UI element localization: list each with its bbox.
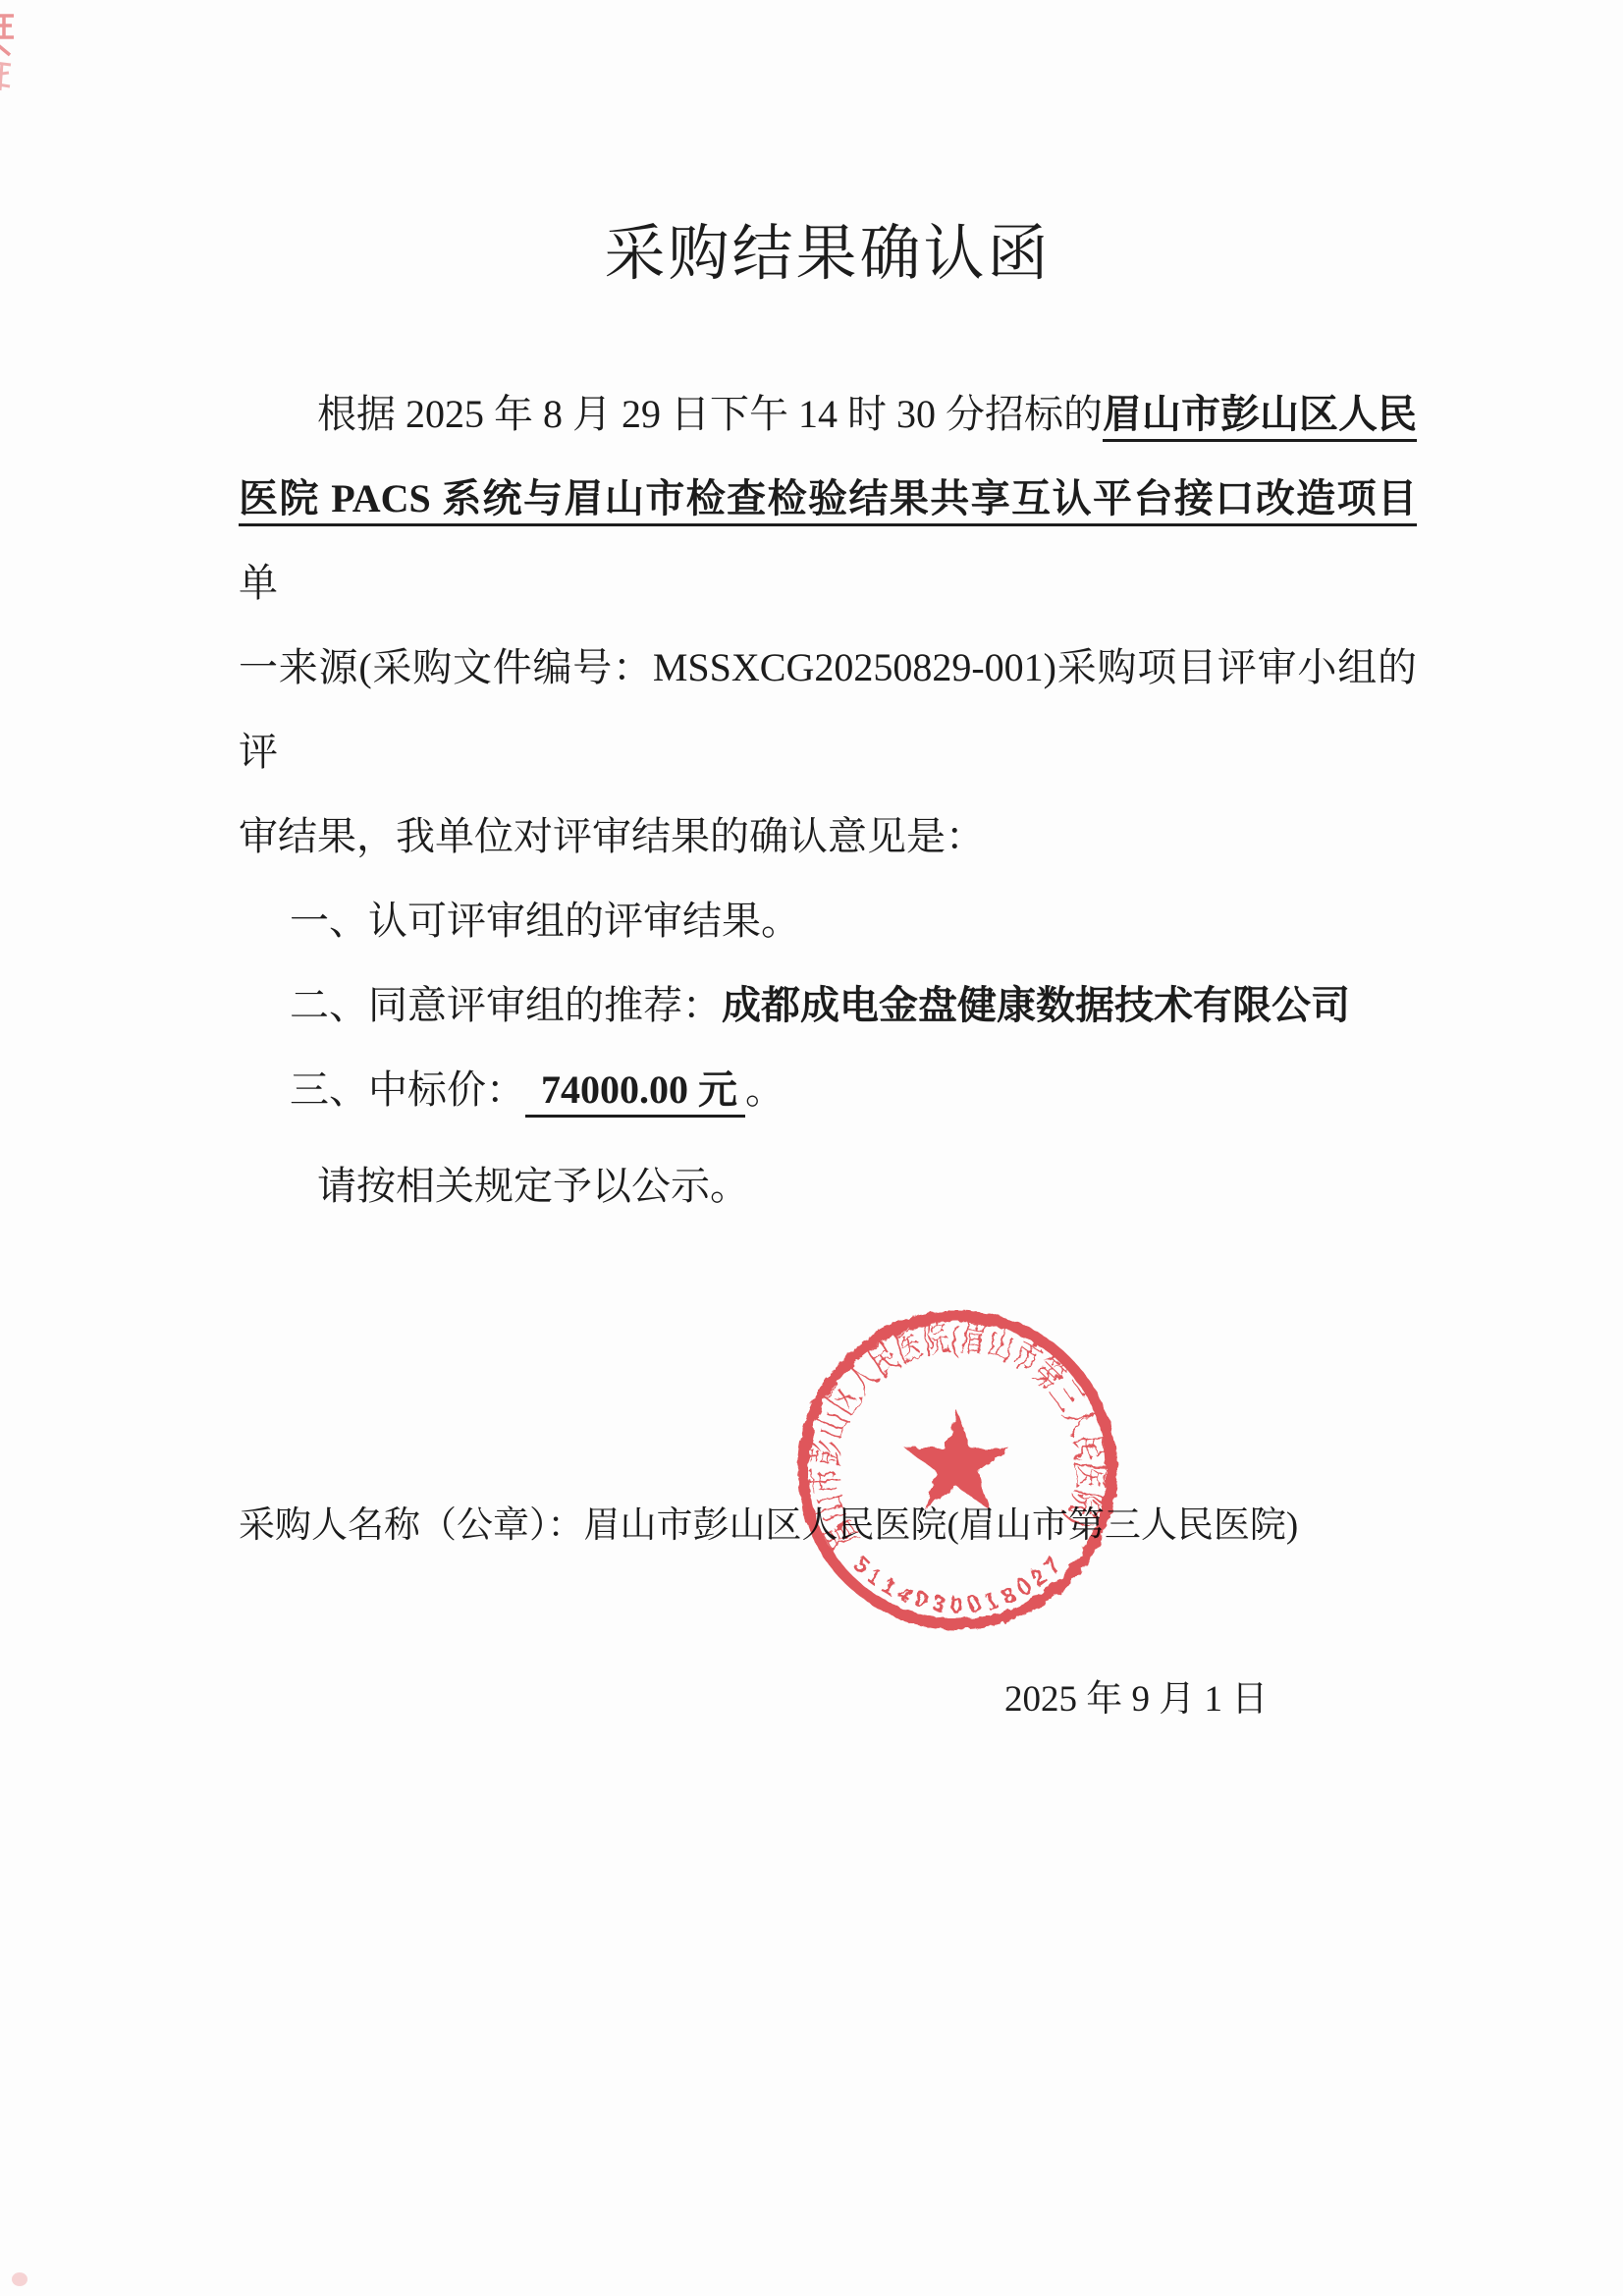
list-item-3-label: 三、中标价： <box>290 1067 525 1112</box>
list-item-2: 二、同意评审组的推荐：成都成电金盘健康数据技术有限公司 <box>290 963 1417 1048</box>
document-title: 采购结果确认函 <box>239 204 1417 292</box>
project-name-part-2: 医院 PACS 系统与眉山市检查检验结果共享互认平台接口改造项目 <box>239 476 1417 526</box>
publicity-notice: 请按相关规定予以公示。 <box>239 1144 1417 1229</box>
list-item-1: 一、认可评审组的评审结果。 <box>290 879 1417 963</box>
list-item-3-period: 。 <box>745 1067 784 1112</box>
purchaser-label: 采购人名称（公章）： <box>239 1505 584 1546</box>
scan-artifact-pink-dot <box>12 2272 27 2286</box>
winning-bid-price: 74000.00 元 <box>525 1067 745 1118</box>
awarded-company-name: 成都成电金盘健康数据技术有限公司 <box>722 984 1350 1027</box>
official-seal-stamp: 眉山市彭山区人民医院(眉山市第三人民医院) 5114030018027 <box>761 1272 1154 1674</box>
intro-text-continued: 单 <box>239 561 278 605</box>
body-line-2: 医院 PACS 系统与眉山市检查检验结果共享互认平台接口改造项目单 <box>239 457 1417 626</box>
list-item-3: 三、中标价：74000.00 元。 <box>290 1048 1417 1132</box>
star-icon <box>905 1410 1010 1509</box>
scanned-document-page: 采购结果确认函 根据 2025 年 8 月 29 日下午 14 时 30 分招标… <box>0 0 1623 2296</box>
list-item-2-label: 二、同意评审组的推荐： <box>290 983 722 1027</box>
body-line-4: 审结果，我单位对评审结果的确认意见是： <box>239 794 1417 879</box>
intro-text: 根据 2025 年 8 月 29 日下午 14 时 30 分招标的 <box>317 392 1103 436</box>
signature-date: 2025 年 9 月 1 日 <box>1004 1670 1268 1729</box>
document-body: 根据 2025 年 8 月 29 日下午 14 时 30 分招标的眉山市彭山区人… <box>239 372 1417 1132</box>
body-line-1: 根据 2025 年 8 月 29 日下午 14 时 30 分招标的眉山市彭山区人… <box>239 372 1417 457</box>
scan-artifact-red-fragment <box>0 12 18 57</box>
body-line-3: 一来源(采购文件编号：MSSXCG20250829-001)采购项目评审小组的评 <box>239 626 1417 794</box>
project-name-part-1: 眉山市彭山区人民 <box>1103 392 1417 442</box>
scan-artifact-red-fragment <box>0 57 16 96</box>
